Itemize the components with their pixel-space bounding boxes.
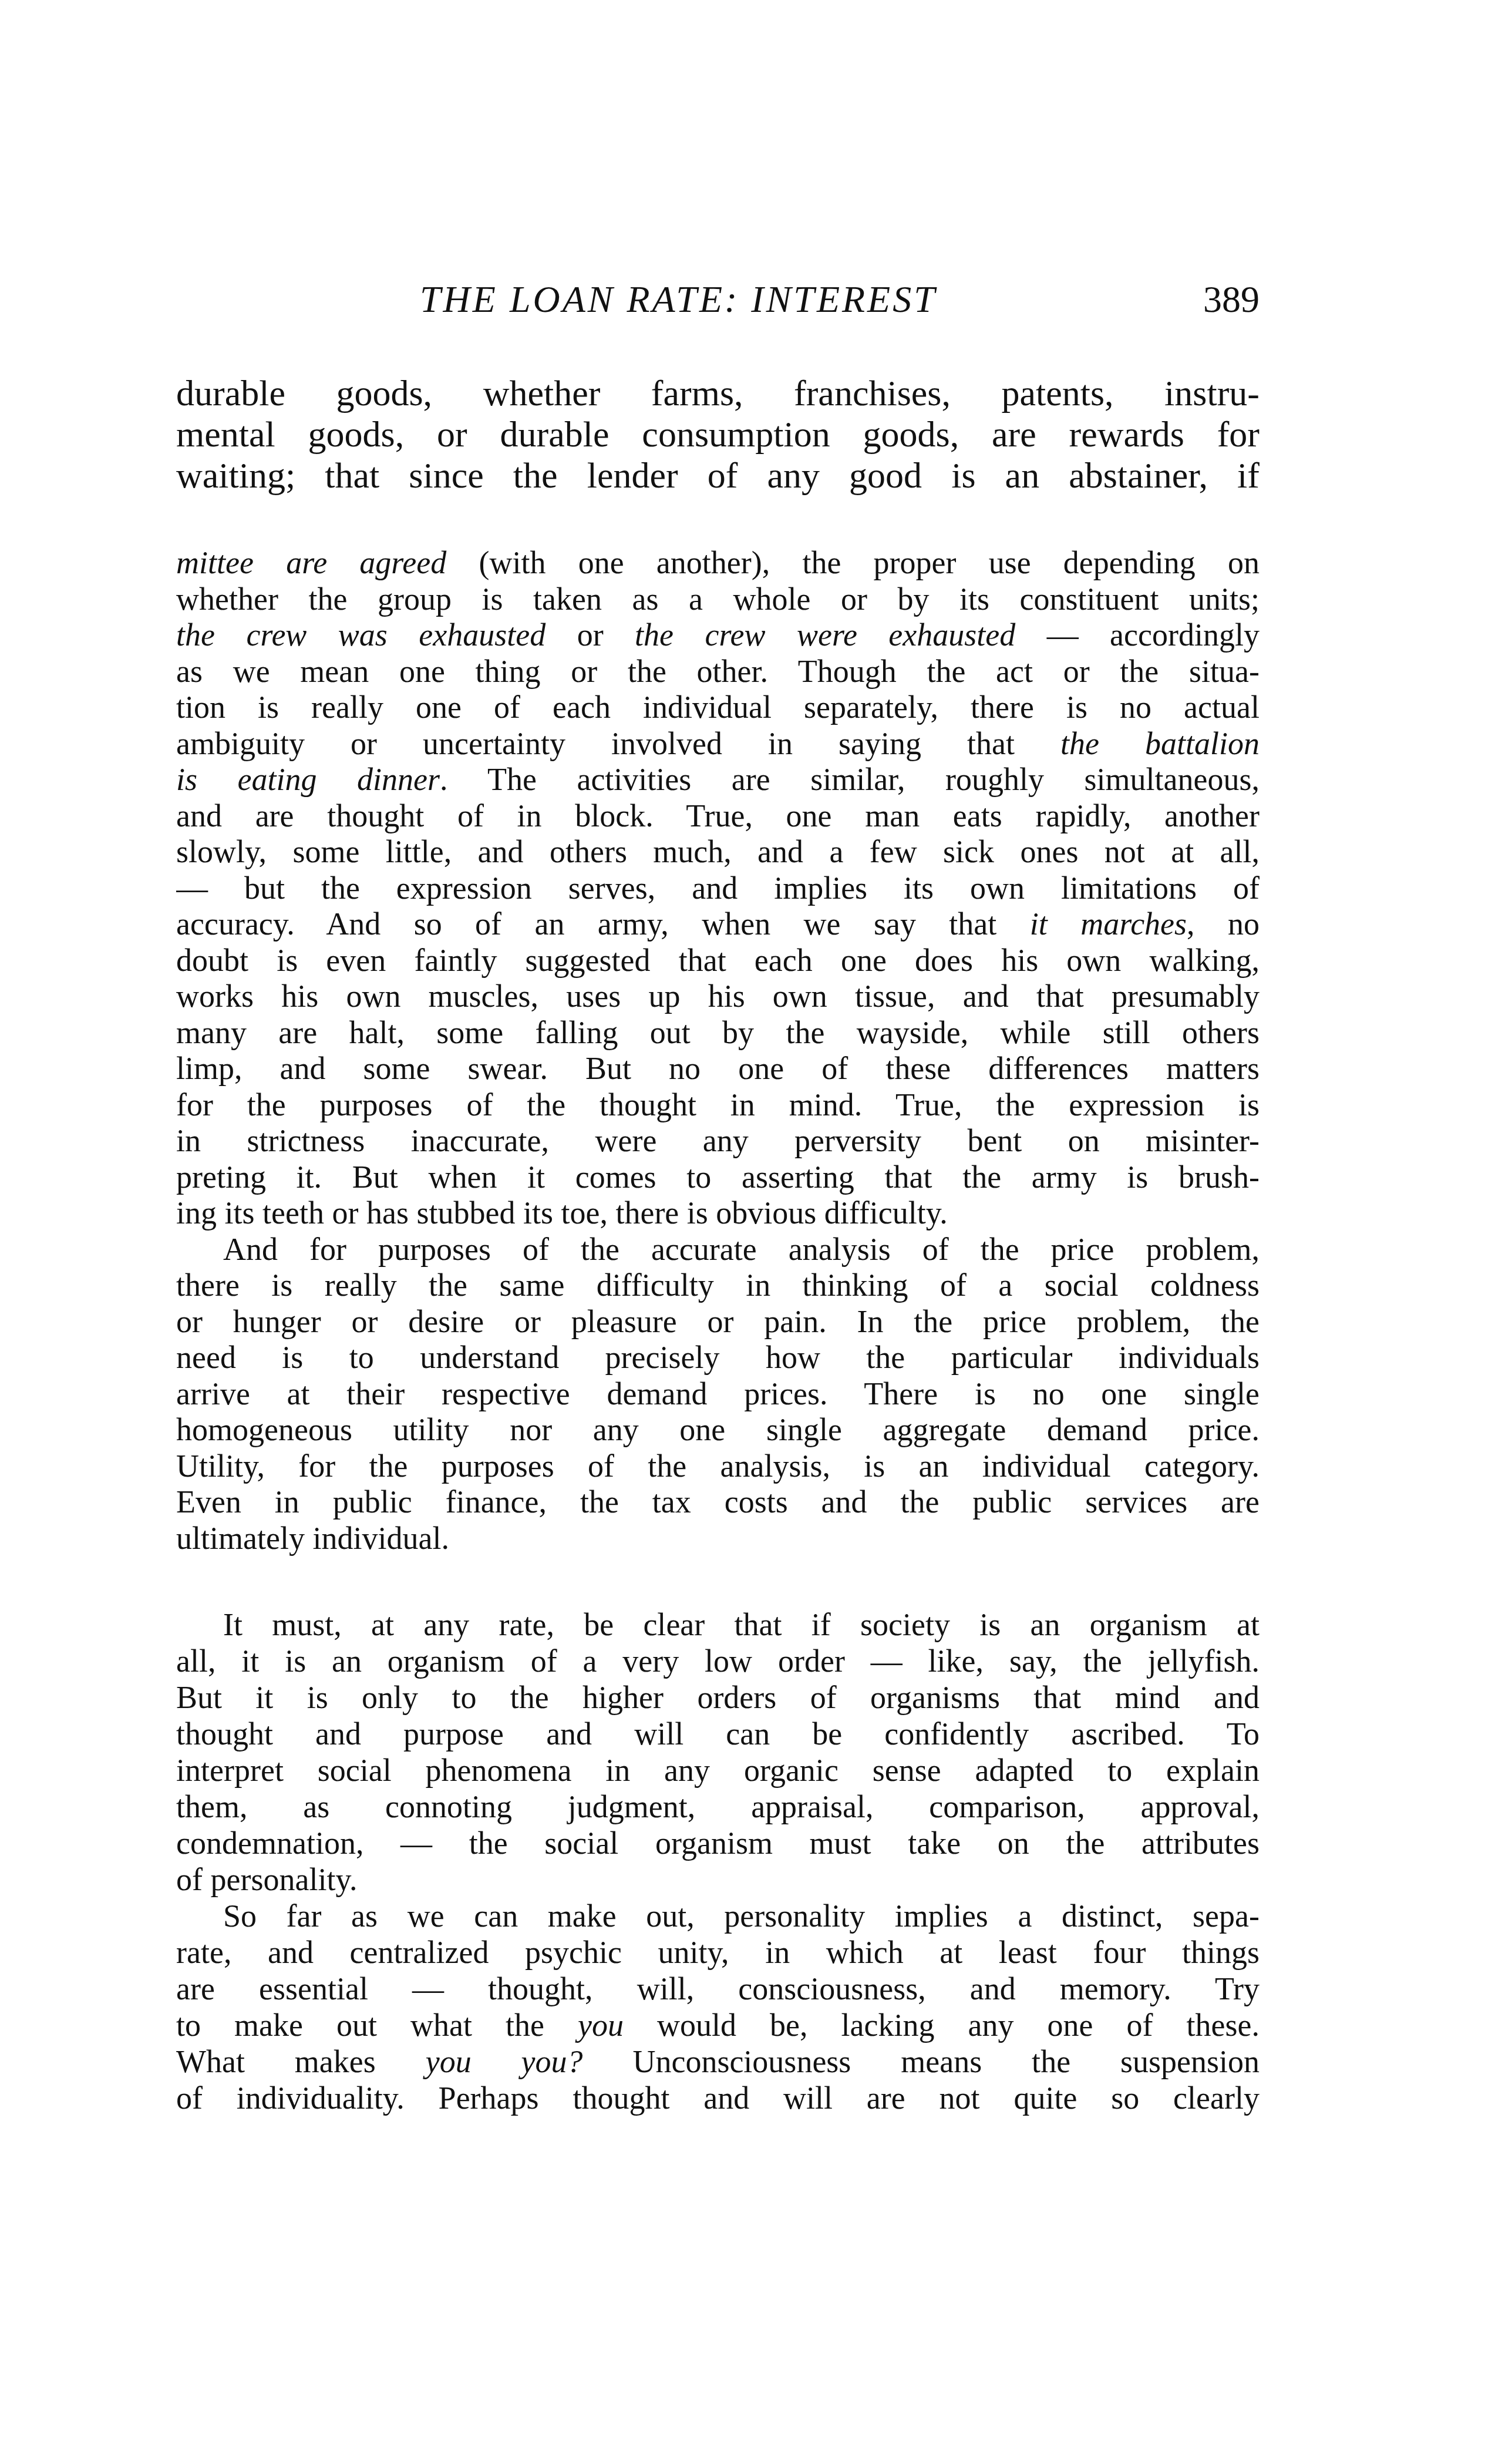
italic-phrase: it marches: [1030, 906, 1187, 942]
inset-passage: mittee are agreed (with one another), th…: [176, 545, 1260, 1557]
text-line: are essential — thought, will, conscious…: [176, 1971, 1260, 2007]
italic-phrase: the battalion: [1060, 726, 1260, 761]
text-line: ultimately individual.: [176, 1521, 1260, 1557]
text-line: waiting; that since the lender of any go…: [176, 455, 1260, 496]
text-line: mittee are agreed (with one another), th…: [176, 545, 1260, 581]
text-line: to make out what the you would be, lacki…: [176, 2007, 1260, 2043]
italic-phrase: mittee are agreed: [176, 545, 446, 580]
running-head: THE LOAN RATE: INTEREST 389: [176, 276, 1260, 323]
text-line: there is really the same difficulty in t…: [176, 1268, 1260, 1304]
text-line: — but the expression serves, and implies…: [176, 870, 1260, 907]
page-number: 389: [1203, 276, 1260, 323]
text-line: But it is only to the higher orders of o…: [176, 1679, 1260, 1716]
text-line: accuracy. And so of an army, when we say…: [176, 906, 1260, 943]
text-line: for the purposes of the thought in mind.…: [176, 1087, 1260, 1124]
italic-phrase: the crew were exhausted: [635, 617, 1015, 653]
text-line: durable goods, whether farms, franchises…: [176, 373, 1260, 414]
text-line: So far as we can make out, personality i…: [176, 1898, 1260, 1934]
body-section: It must, at any rate, be clear that if s…: [176, 1606, 1260, 2116]
text-line: is eating dinner. The activities are sim…: [176, 762, 1260, 798]
text-line: mental goods, or durable consumption goo…: [176, 414, 1260, 455]
text-line: tion is really one of each individual se…: [176, 690, 1260, 726]
continuation-paragraph: durable goods, whether farms, franchises…: [176, 373, 1260, 496]
text-line: of individuality. Perhaps thought and wi…: [176, 2080, 1260, 2116]
text-line: doubt is even faintly suggested that eac…: [176, 943, 1260, 979]
text-line: of personality.: [176, 1861, 1260, 1898]
running-title: THE LOAN RATE: INTEREST: [420, 276, 937, 323]
text-line: preting it. But when it comes to asserti…: [176, 1159, 1260, 1196]
text-line: and are thought of in block. True, one m…: [176, 798, 1260, 835]
text-line: thought and purpose and will can be conf…: [176, 1716, 1260, 1752]
text-line: It must, at any rate, be clear that if s…: [176, 1606, 1260, 1643]
text-line: many are halt, some falling out by the w…: [176, 1015, 1260, 1051]
text-line: whether the group is taken as a whole or…: [176, 581, 1260, 618]
text-line: slowly, some little, and others much, an…: [176, 834, 1260, 870]
text-line: works his own muscles, uses up his own t…: [176, 979, 1260, 1015]
text-line: them, as connoting judgment, appraisal, …: [176, 1789, 1260, 1825]
text-line: arrive at their respective demand prices…: [176, 1376, 1260, 1413]
italic-phrase: the crew was exhausted: [176, 617, 545, 653]
text-line: What makes you you? Unconsciousness mean…: [176, 2043, 1260, 2080]
text-line: as we mean one thing or the other. Thoug…: [176, 654, 1260, 690]
text-line: in strictness inaccurate, were any perve…: [176, 1123, 1260, 1159]
text-line: need is to understand precisely how the …: [176, 1340, 1260, 1376]
text-line: limp, and some swear. But no one of thes…: [176, 1051, 1260, 1087]
text-line: condemnation, — the social organism must…: [176, 1825, 1260, 1861]
text-line: or hunger or desire or pleasure or pain.…: [176, 1304, 1260, 1340]
italic-phrase: you: [578, 2008, 624, 2043]
text-line: And for purposes of the accurate analysi…: [176, 1232, 1260, 1268]
text-line: all, it is an organism of a very low ord…: [176, 1643, 1260, 1679]
text-line: Utility, for the purposes of the analysi…: [176, 1448, 1260, 1485]
text-line: interpret social phenomena in any organi…: [176, 1752, 1260, 1789]
text-line: ing its teeth or has stubbed its toe, th…: [176, 1195, 1260, 1232]
text-line: ambiguity or uncertainty involved in say…: [176, 726, 1260, 762]
text-line: homogeneous utility nor any one single a…: [176, 1412, 1260, 1448]
italic-phrase: you you?: [426, 2044, 583, 2079]
text-line: the crew was exhausted or the crew were …: [176, 617, 1260, 654]
book-page: THE LOAN RATE: INTEREST 389 durable good…: [0, 0, 1512, 2454]
italic-phrase: is eating dinner: [176, 762, 440, 797]
text-line: rate, and centralized psychic unity, in …: [176, 1934, 1260, 1971]
text-line: Even in public finance, the tax costs an…: [176, 1484, 1260, 1521]
